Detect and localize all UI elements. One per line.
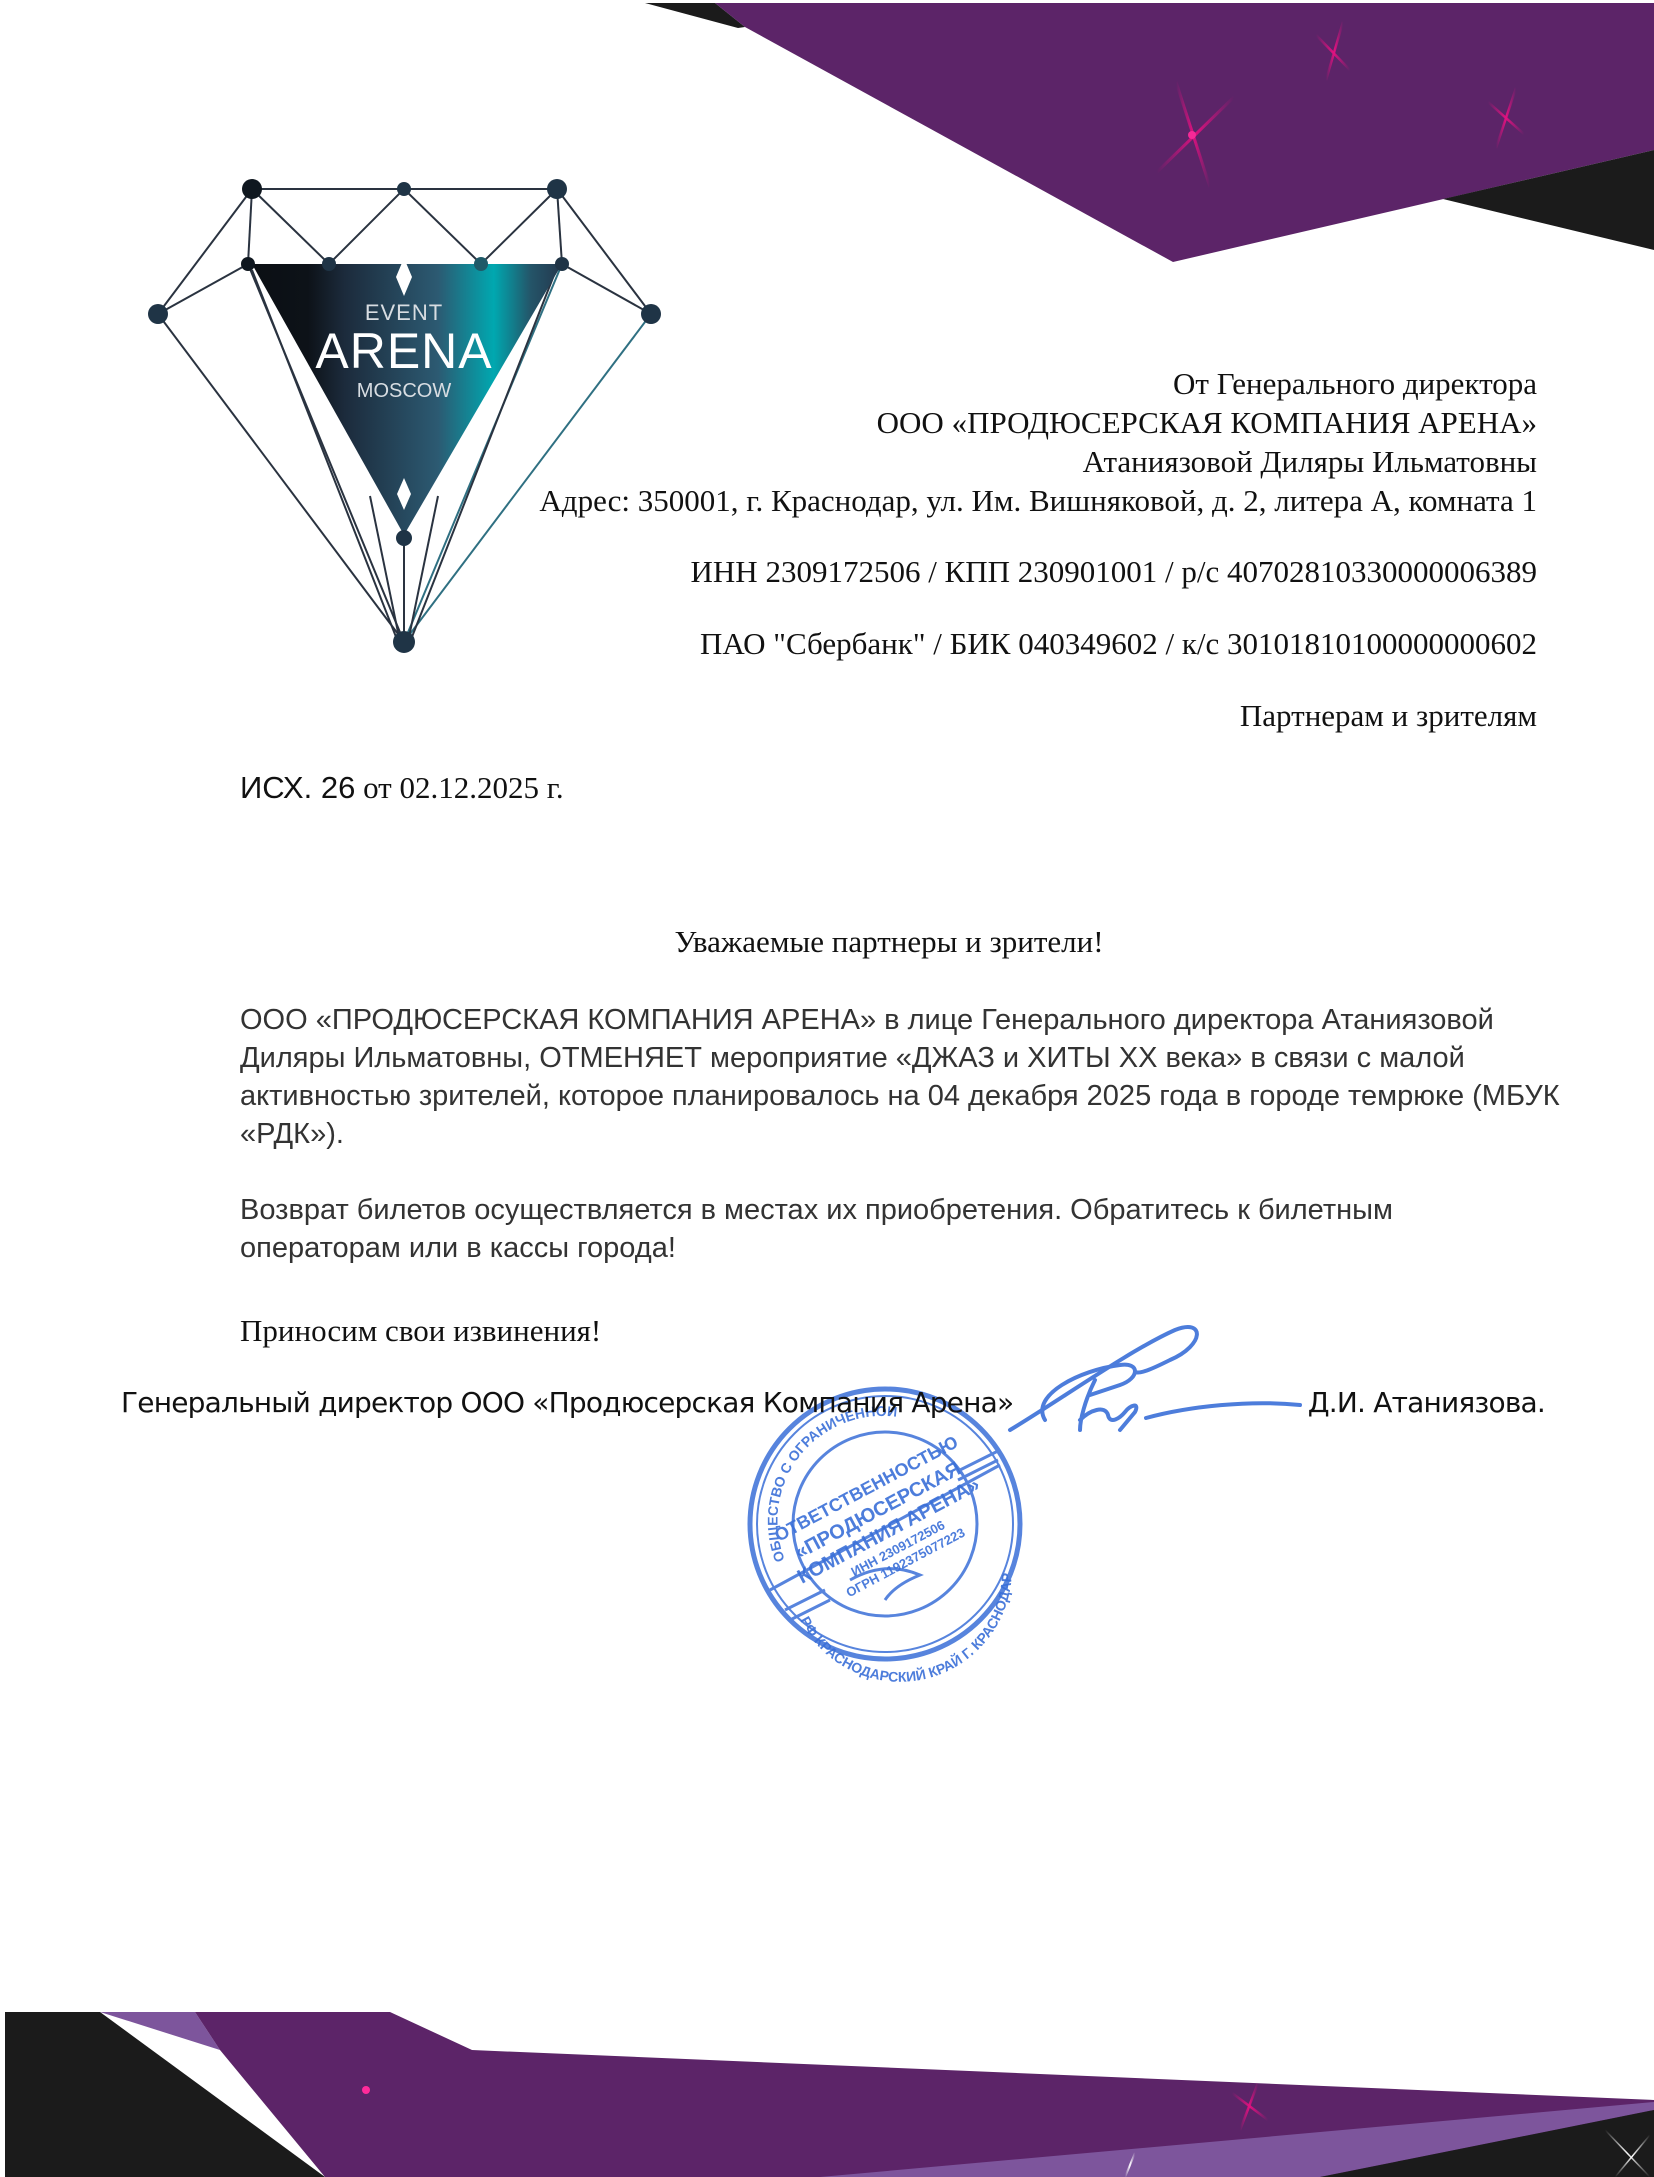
recipient: Партнерам и зрителям [1240,700,1537,731]
company-address: Адрес: 350001, г. Краснодар, ул. Им. Виш… [539,485,1537,516]
logo-arena-text: ARENA [304,322,504,380]
body-paragraph-refund: Возврат билетов осуществляется в местах … [240,1191,1560,1267]
body-paragraph-cancellation: ООО «ПРОДЮСЕРСКАЯ КОМПАНИЯ АРЕНА» в лице… [240,1001,1560,1153]
outgoing-ref: ИСХ. 26 [240,770,355,805]
event-arena-logo [0,0,1654,700]
signatory-name: Д.И. Атаниязова. [1308,1386,1545,1419]
greeting: Уважаемые партнеры и зрители! [62,924,1654,960]
director-name: Атаниязовой Диляры Ильматовны [1083,446,1537,477]
bank-details: ПАО "Сбербанк" / БИК 040349602 / к/с 301… [700,628,1537,659]
logo-moscow-text: MOSCOW [304,380,504,403]
tax-ids: ИНН 2309172506 / КПП 230901001 / р/с 407… [691,556,1537,587]
outgoing-date: от 02.12.2025 г. [355,770,563,805]
signatory-position: Генеральный директор ООО «Продюсерская К… [121,1386,1013,1419]
apology-line: Приносим свои извинения! [240,1313,601,1349]
company-name: ООО «ПРОДЮСЕРСКАЯ КОМПАНИЯ АРЕНА» [877,407,1537,438]
outgoing-number: ИСХ. 26 от 02.12.2025 г. [240,770,564,806]
from-title: От Генерального директора [1173,368,1537,399]
footer-decoration [5,2012,1654,2177]
